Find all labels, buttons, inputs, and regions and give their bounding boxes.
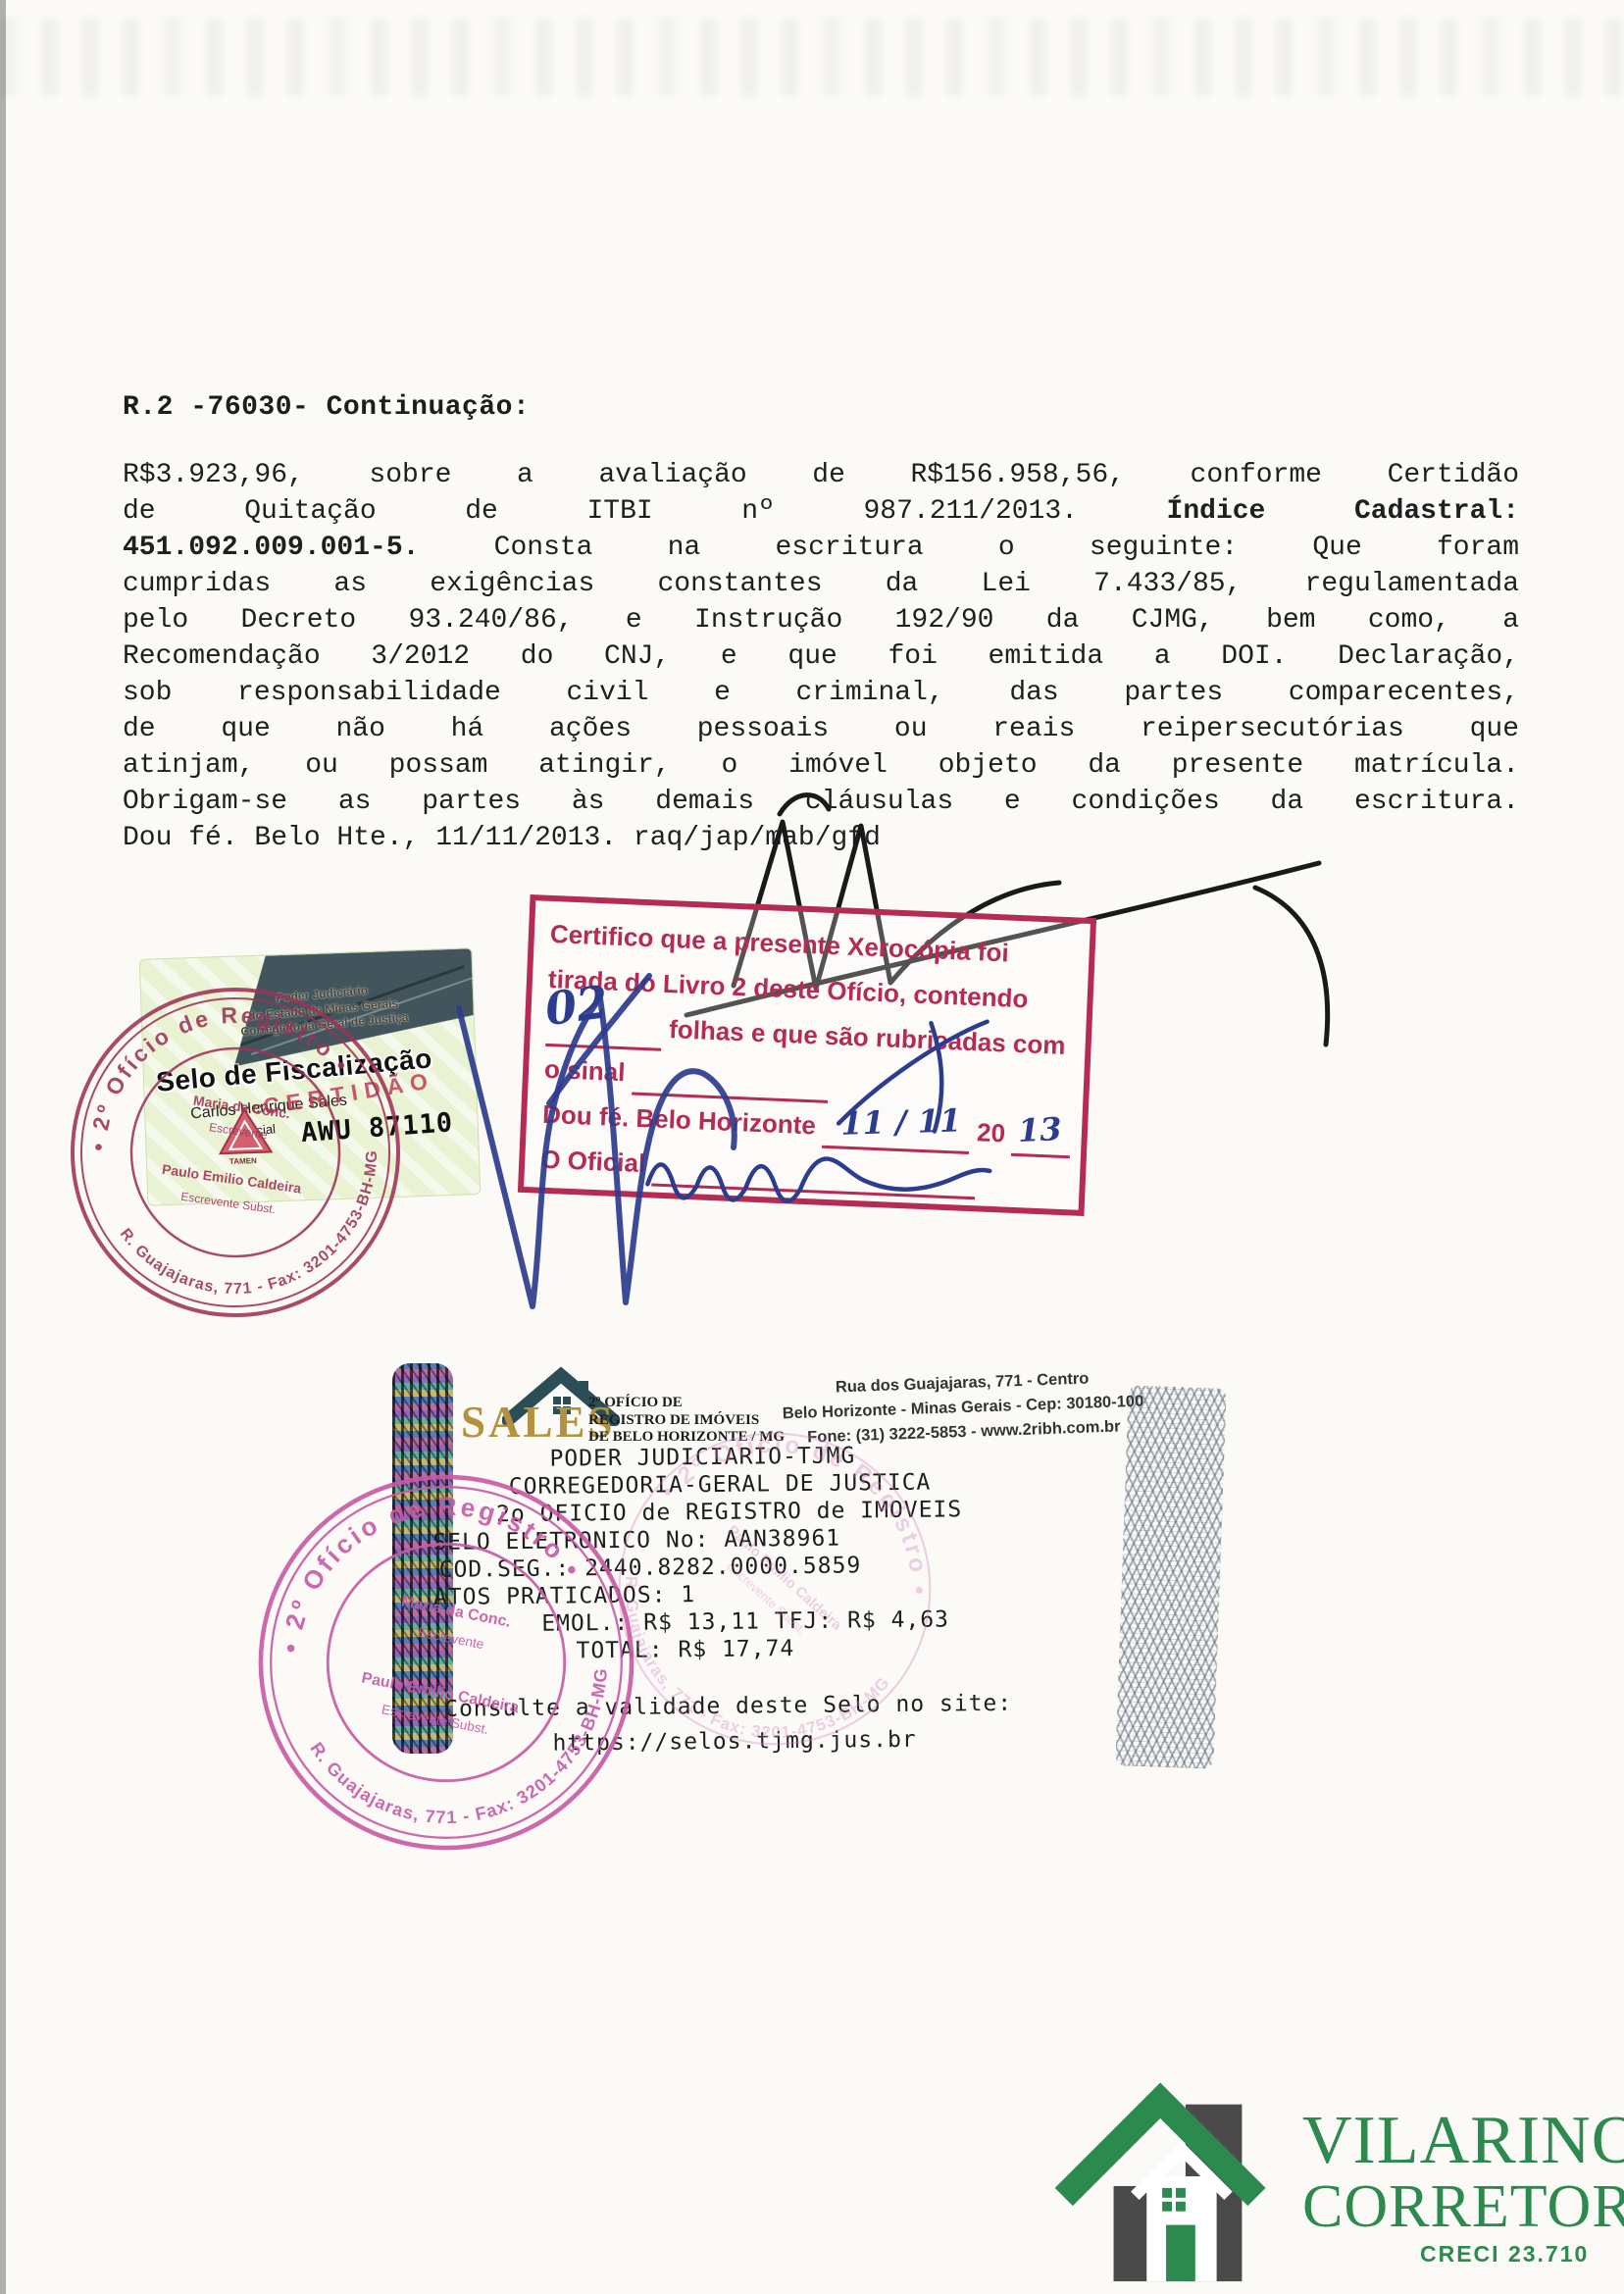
scanner-edge-shadow	[0, 0, 6, 2294]
body-line: de que não há ações pessoais ou reais re…	[123, 711, 1519, 747]
body-line: cumpridas as exigências constantes da Le…	[123, 566, 1519, 602]
body-line: 451.092.009.001-5. Consta na escritura o…	[123, 530, 1519, 566]
body-text: R$3.923,96, sobre a avaliação de R$156.9…	[123, 457, 1519, 856]
svg-text:Escrevente: Escrevente	[208, 1120, 269, 1142]
svg-text:R. Guajajaras, 771 - Fax: 3201: R. Guajajaras, 771 - Fax: 3201-4753-BH-M…	[115, 1145, 412, 1333]
certify-stamp-box: Certifico que a presente Xerocópia foi t…	[518, 894, 1096, 1216]
svg-text:Escrevente Subst.: Escrevente Subst.	[180, 1190, 277, 1216]
vilarino-house-icon	[1051, 2067, 1296, 2291]
body-line: R$3.923,96, sobre a avaliação de R$156.9…	[123, 457, 1519, 493]
scan-noise	[0, 18, 1624, 96]
body-line: Recomendação 3/2012 do CNJ, e que foi em…	[123, 638, 1519, 675]
body-line: de Quitação de ITBI nº 987.211/2013. Índ…	[123, 493, 1519, 530]
broker-logo: VILARINO CORRETOR CRECI 23.710	[1051, 2067, 1624, 2291]
body-line: Dou fé. Belo Hte., 11/11/2013. raq/jap/m…	[123, 820, 1519, 856]
svg-text:Maria da Conc.: Maria da Conc.	[400, 1593, 513, 1630]
body-line: sob responsabilidade civil e criminal, d…	[123, 675, 1519, 711]
broker-creci: CRECI 23.710	[1302, 2241, 1624, 2268]
body-line: atinjam, ou possam atingir, o imóvel obj…	[123, 747, 1519, 784]
svg-text:Maria da Conc.: Maria da Conc.	[192, 1093, 291, 1122]
scanned-document-page: R.2 -76030- Continuação: R$3.923,96, sob…	[0, 0, 1624, 2294]
guilloche-strip	[1115, 1385, 1226, 1768]
body-line: pelo Decreto 93.240/86, e Instrução 192/…	[123, 602, 1519, 638]
handwritten-folhas-count: 02	[542, 975, 612, 1036]
svg-text:Escrevente: Escrevente	[417, 1625, 485, 1653]
broker-subtitle: CORRETOR	[1302, 2175, 1624, 2239]
broker-name: VILARINO	[1302, 2107, 1624, 2175]
record-heading: R.2 -76030- Continuação:	[123, 392, 530, 423]
body-line: Obrigam-se as partes às demais cláusulas…	[123, 784, 1519, 820]
